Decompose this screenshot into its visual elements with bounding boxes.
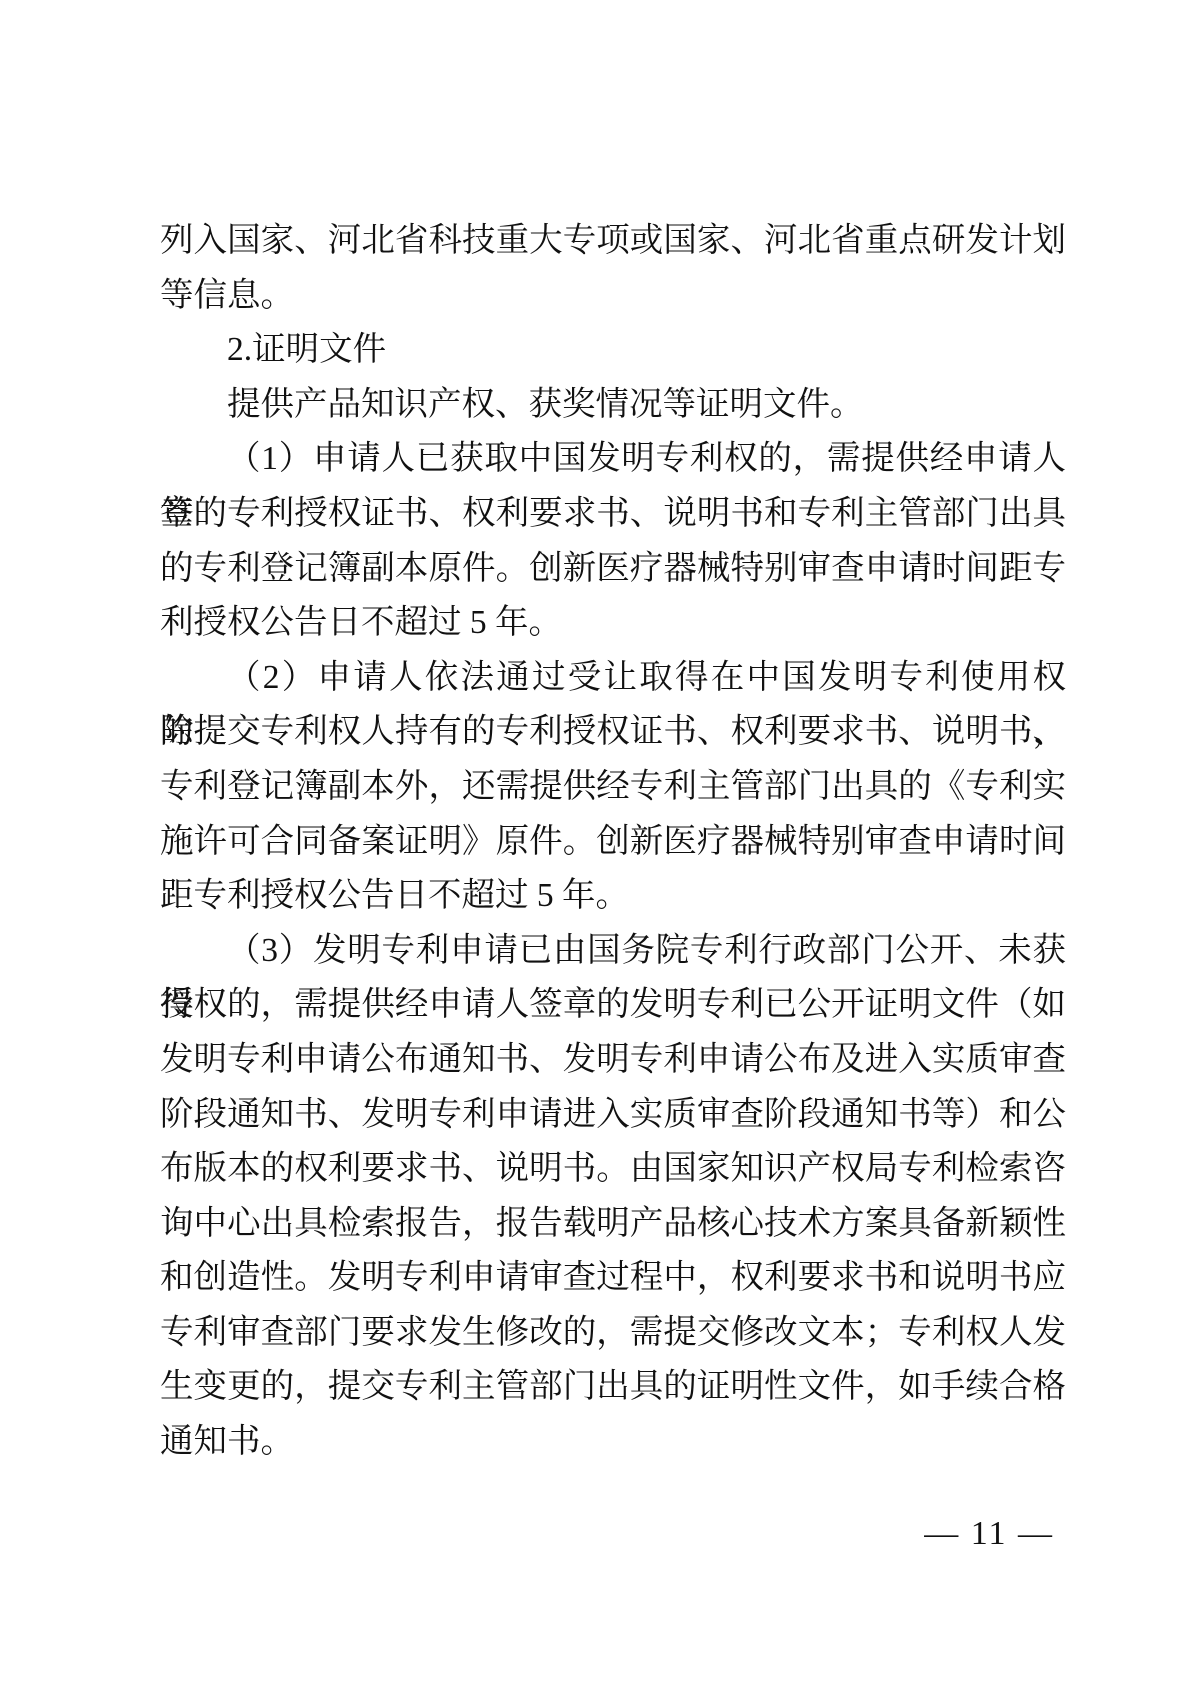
document-line: 发明专利申请公布通知书、发明专利申请公布及进入实质审查: [160, 1033, 1066, 1088]
document-line: 施许可合同备案证明》原件。创新医疗器械特别审查申请时间: [160, 815, 1066, 870]
document-line: 利授权公告日不超过 5 年。: [160, 596, 1066, 651]
paragraph: （3）发明专利申请已由国务院专利行政部门公开、未获得 授权的，需提供经申请人签章…: [160, 924, 1066, 1470]
section-heading: 2.证明文件: [160, 323, 1066, 378]
document-line: （1）申请人已获取中国发明专利权的，需提供经申请人签: [160, 432, 1066, 487]
document-line: 授权的，需提供经申请人签章的发明专利已公开证明文件（如: [160, 978, 1066, 1033]
document-line: 列入国家、河北省科技重大专项或国家、河北省重点研发计划: [160, 214, 1066, 269]
document-line: 和创造性。发明专利申请审查过程中，权利要求书和说明书应: [160, 1251, 1066, 1306]
document-line: 的专利登记簿副本原件。创新医疗器械特别审查申请时间距专: [160, 542, 1066, 597]
document-page: 列入国家、河北省科技重大专项或国家、河北省重点研发计划 等信息。 2.证明文件 …: [0, 0, 1200, 1696]
paragraph: 提供产品知识产权、获奖情况等证明文件。: [160, 378, 1066, 433]
page-number: — 11 —: [924, 1514, 1054, 1554]
document-line: 除提交专利权人持有的专利授权证书、权利要求书、说明书、: [160, 705, 1066, 760]
document-line: 通知书。: [160, 1415, 1066, 1470]
document-line: 等信息。: [160, 269, 1066, 324]
paragraph: 2.证明文件: [160, 323, 1066, 378]
document-line: 布版本的权利要求书、说明书。由国家知识产权局专利检索咨: [160, 1142, 1066, 1197]
document-body: 列入国家、河北省科技重大专项或国家、河北省重点研发计划 等信息。 2.证明文件 …: [160, 214, 1066, 1470]
document-line: （2）申请人依法通过受让取得在中国发明专利使用权的，: [160, 651, 1066, 706]
document-line: 专利登记簿副本外，还需提供经专利主管部门出具的《专利实: [160, 760, 1066, 815]
document-line: 阶段通知书、发明专利申请进入实质审查阶段通知书等）和公: [160, 1088, 1066, 1143]
document-line: 章的专利授权证书、权利要求书、说明书和专利主管部门出具: [160, 487, 1066, 542]
document-line: 询中心出具检索报告，报告载明产品核心技术方案具备新颖性: [160, 1197, 1066, 1252]
paragraph: （2）申请人依法通过受让取得在中国发明专利使用权的， 除提交专利权人持有的专利授…: [160, 651, 1066, 924]
paragraph: 列入国家、河北省科技重大专项或国家、河北省重点研发计划 等信息。: [160, 214, 1066, 323]
document-line: 距专利授权公告日不超过 5 年。: [160, 869, 1066, 924]
document-line: 提供产品知识产权、获奖情况等证明文件。: [160, 378, 1066, 433]
document-line: 专利审查部门要求发生修改的，需提交修改文本；专利权人发: [160, 1306, 1066, 1361]
paragraph: （1）申请人已获取中国发明专利权的，需提供经申请人签 章的专利授权证书、权利要求…: [160, 432, 1066, 650]
document-line: 生变更的，提交专利主管部门出具的证明性文件，如手续合格: [160, 1360, 1066, 1415]
document-line: （3）发明专利申请已由国务院专利行政部门公开、未获得: [160, 924, 1066, 979]
